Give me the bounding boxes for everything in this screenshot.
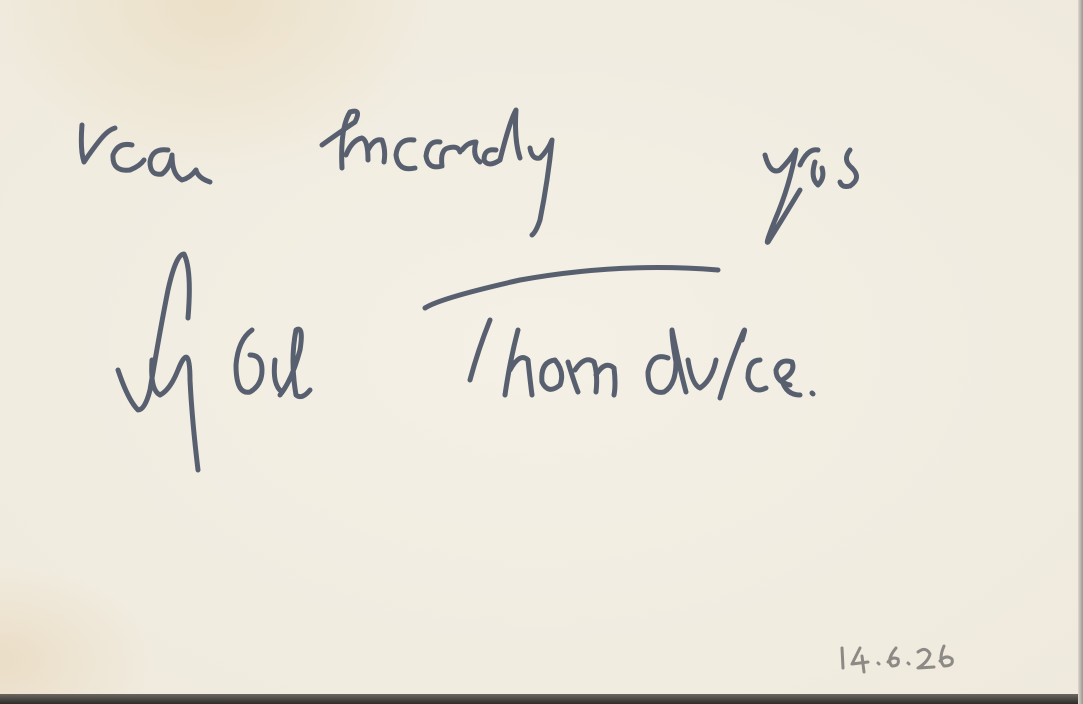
date-handwriting [842,646,952,672]
handwriting-strokes [0,0,1083,704]
signature-handwriting [118,254,813,470]
closing-handwriting [81,110,856,242]
